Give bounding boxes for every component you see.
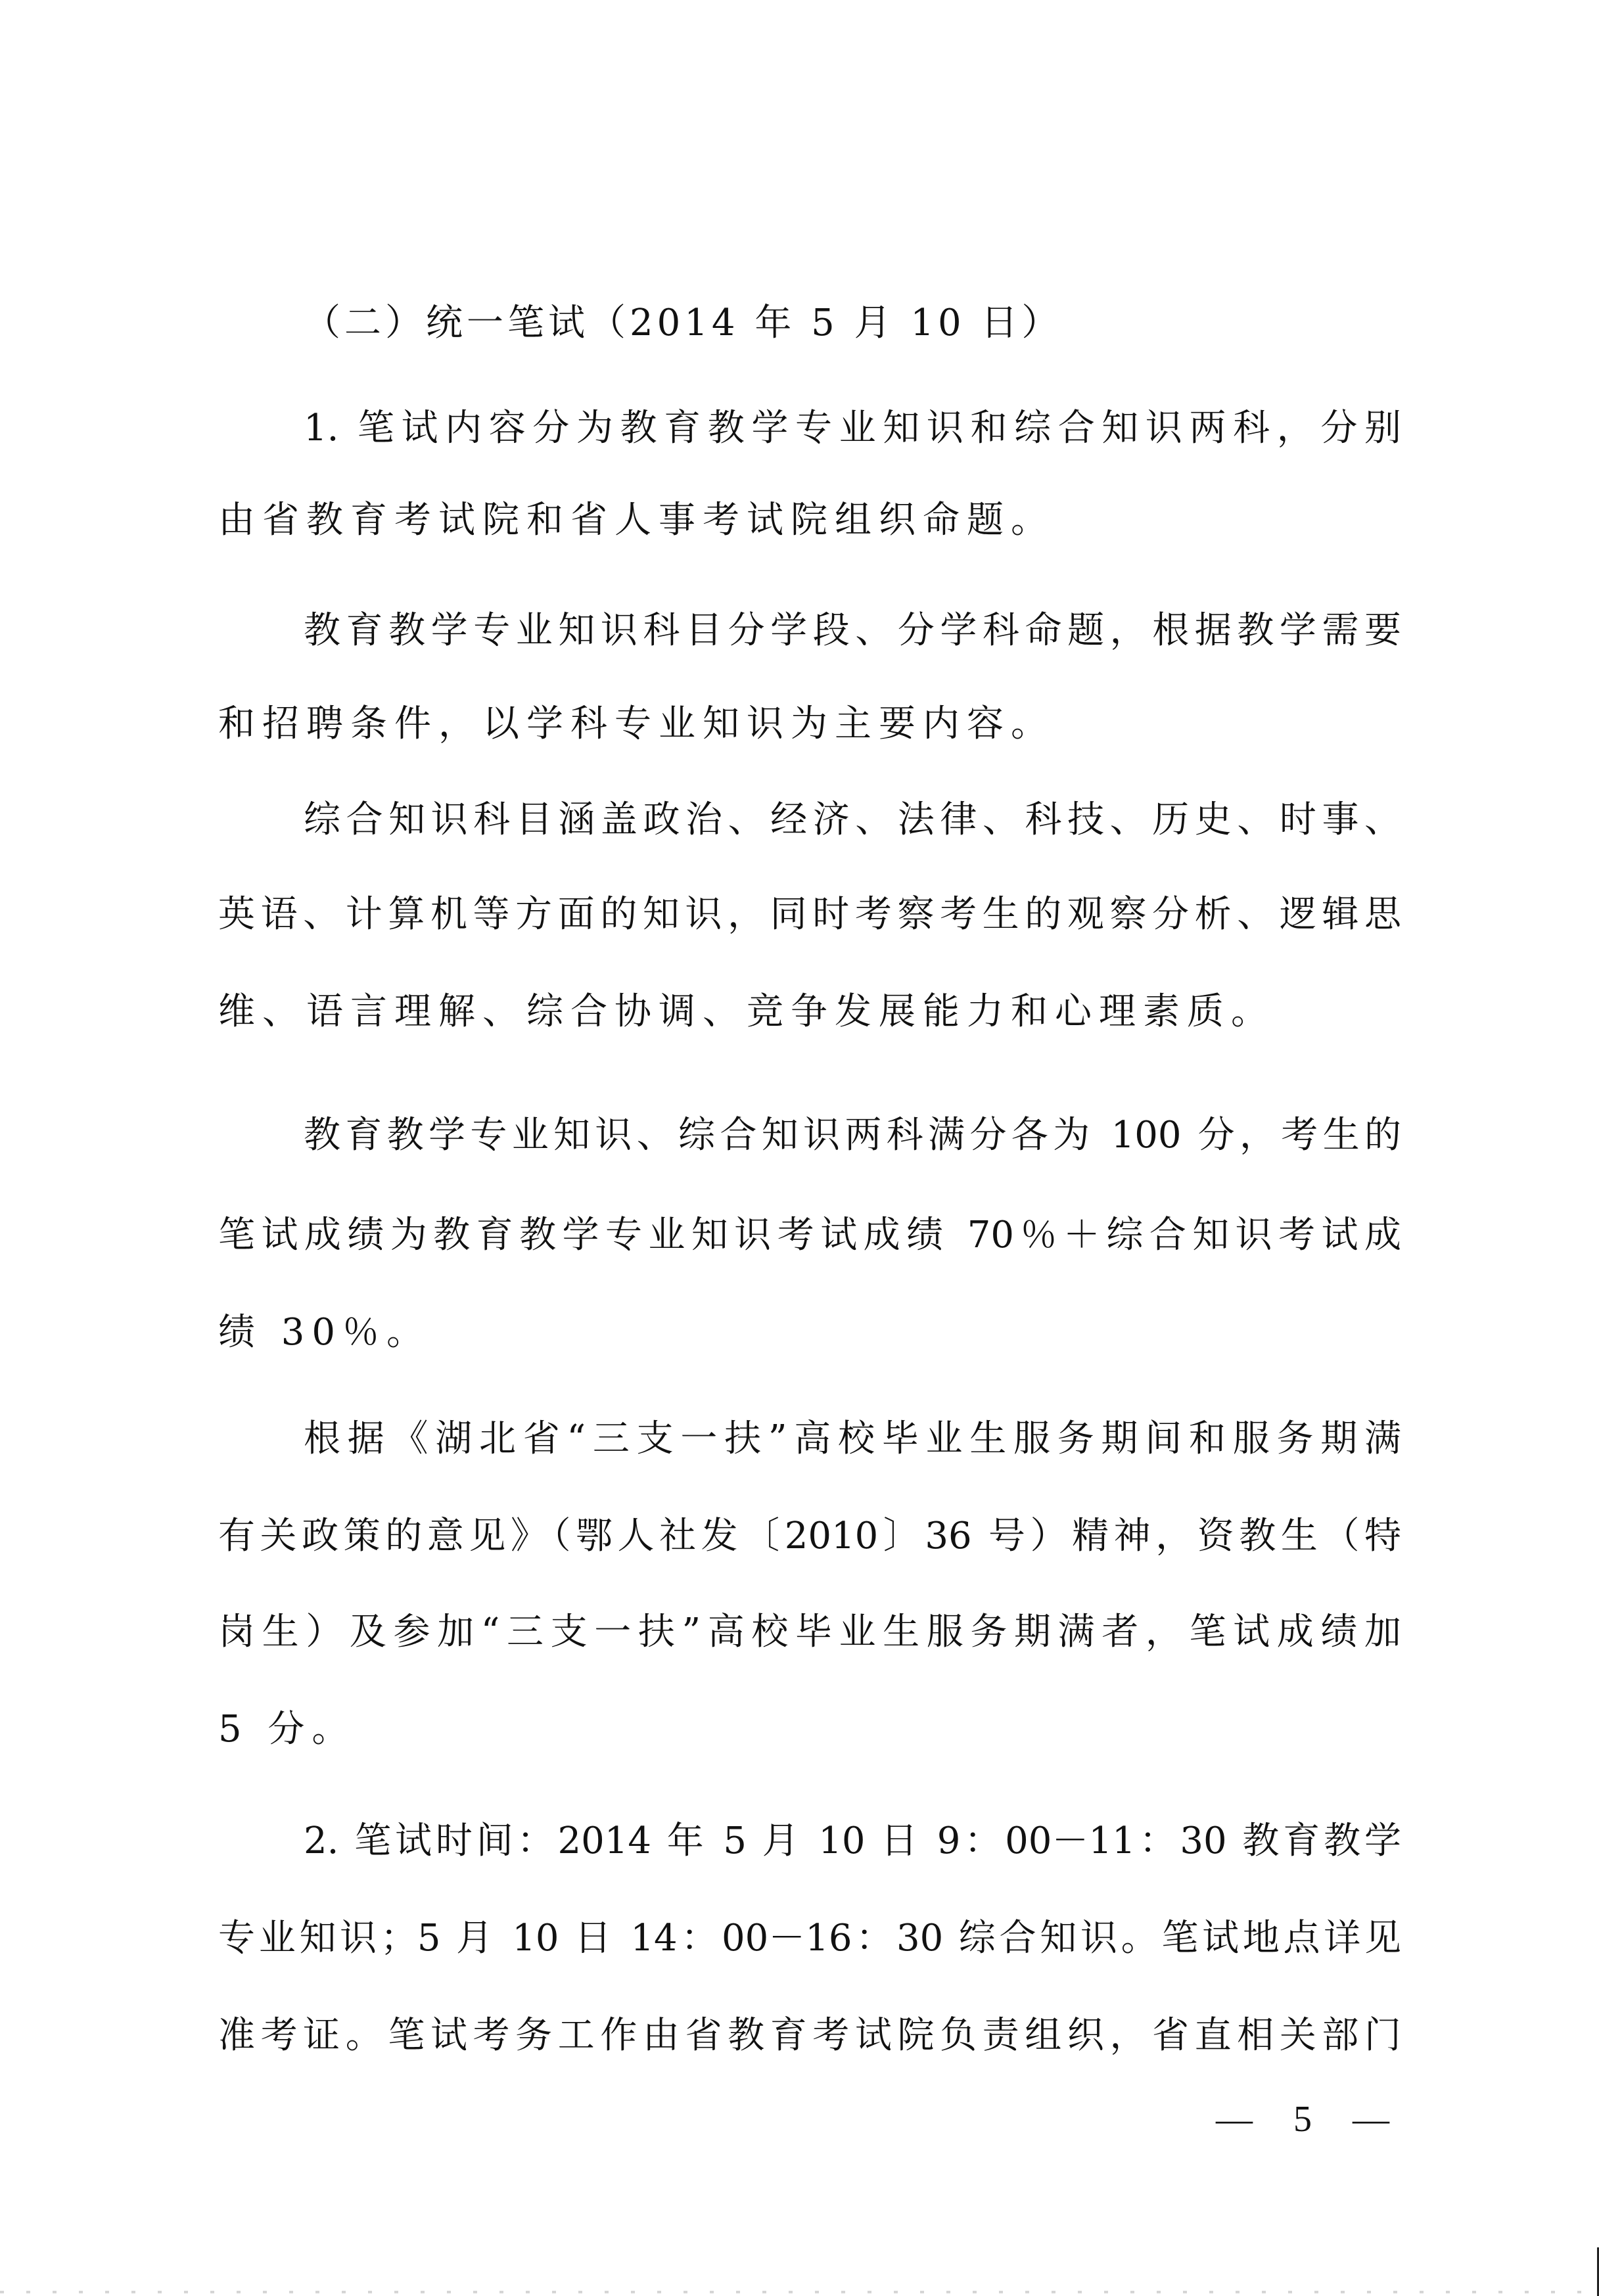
paragraph-line: 英语、计算机等方面的知识，同时考察考生的观察分析、逻辑思	[218, 888, 1401, 941]
paragraph-line: 2. 笔试时间：2014 年 5 月 10 日 9：00－11：30 教育教学	[304, 1815, 1401, 1868]
paragraph-line: 根据《湖北省“三支一扶”高校毕业生服务期间和服务期满	[304, 1413, 1401, 1465]
paragraph-line: 由省教育考试院和省人事考试院组织命题。	[218, 494, 1401, 547]
paragraph-line: 有关政策的意见》（鄂人社发〔2010〕36 号）精神，资教生（特	[218, 1510, 1401, 1563]
paragraph-line: 1. 笔试内容分为教育教学专业知识和综合知识两科，分别	[304, 402, 1401, 455]
scan-artifact-bottom	[0, 2291, 1599, 2293]
paragraph-line: 专业知识；5 月 10 日 14：00－16：30 综合知识。笔试地点详见	[218, 1912, 1401, 1965]
paragraph-line: 笔试成绩为教育教学专业知识考试成绩 70％＋综合知识考试成	[218, 1209, 1401, 1262]
paragraph-line: 绩 30％。	[218, 1306, 1401, 1359]
paragraph-line: 教育教学专业知识科目分学段、分学科命题，根据教学需要	[304, 605, 1401, 657]
paragraph-line: 岗生）及参加“三支一扶”高校毕业生服务期满者，笔试成绩加	[218, 1606, 1401, 1659]
paragraph-line: 维、语言理解、综合协调、竞争发展能力和心理素质。	[218, 986, 1401, 1038]
paragraph-line: 准考证。笔试考务工作由省教育考试院负责组织，省直相关部门	[218, 2009, 1401, 2062]
paragraph-line: 教育教学专业知识、综合知识两科满分各为 100 分，考生的	[304, 1109, 1401, 1162]
section-heading: （二）统一笔试（2014 年 5 月 10 日）	[304, 297, 1401, 350]
page-number: — 5 —	[1216, 2096, 1405, 2142]
paragraph-line: 5 分。	[218, 1703, 1401, 1756]
paragraph-line: 和招聘条件，以学科专业知识为主要内容。	[218, 698, 1401, 750]
paragraph-line: 综合知识科目涵盖政治、经济、法律、科技、历史、时事、	[304, 794, 1401, 846]
document-page: （二）统一笔试（2014 年 5 月 10 日） 1. 笔试内容分为教育教学专业…	[0, 0, 1599, 2296]
